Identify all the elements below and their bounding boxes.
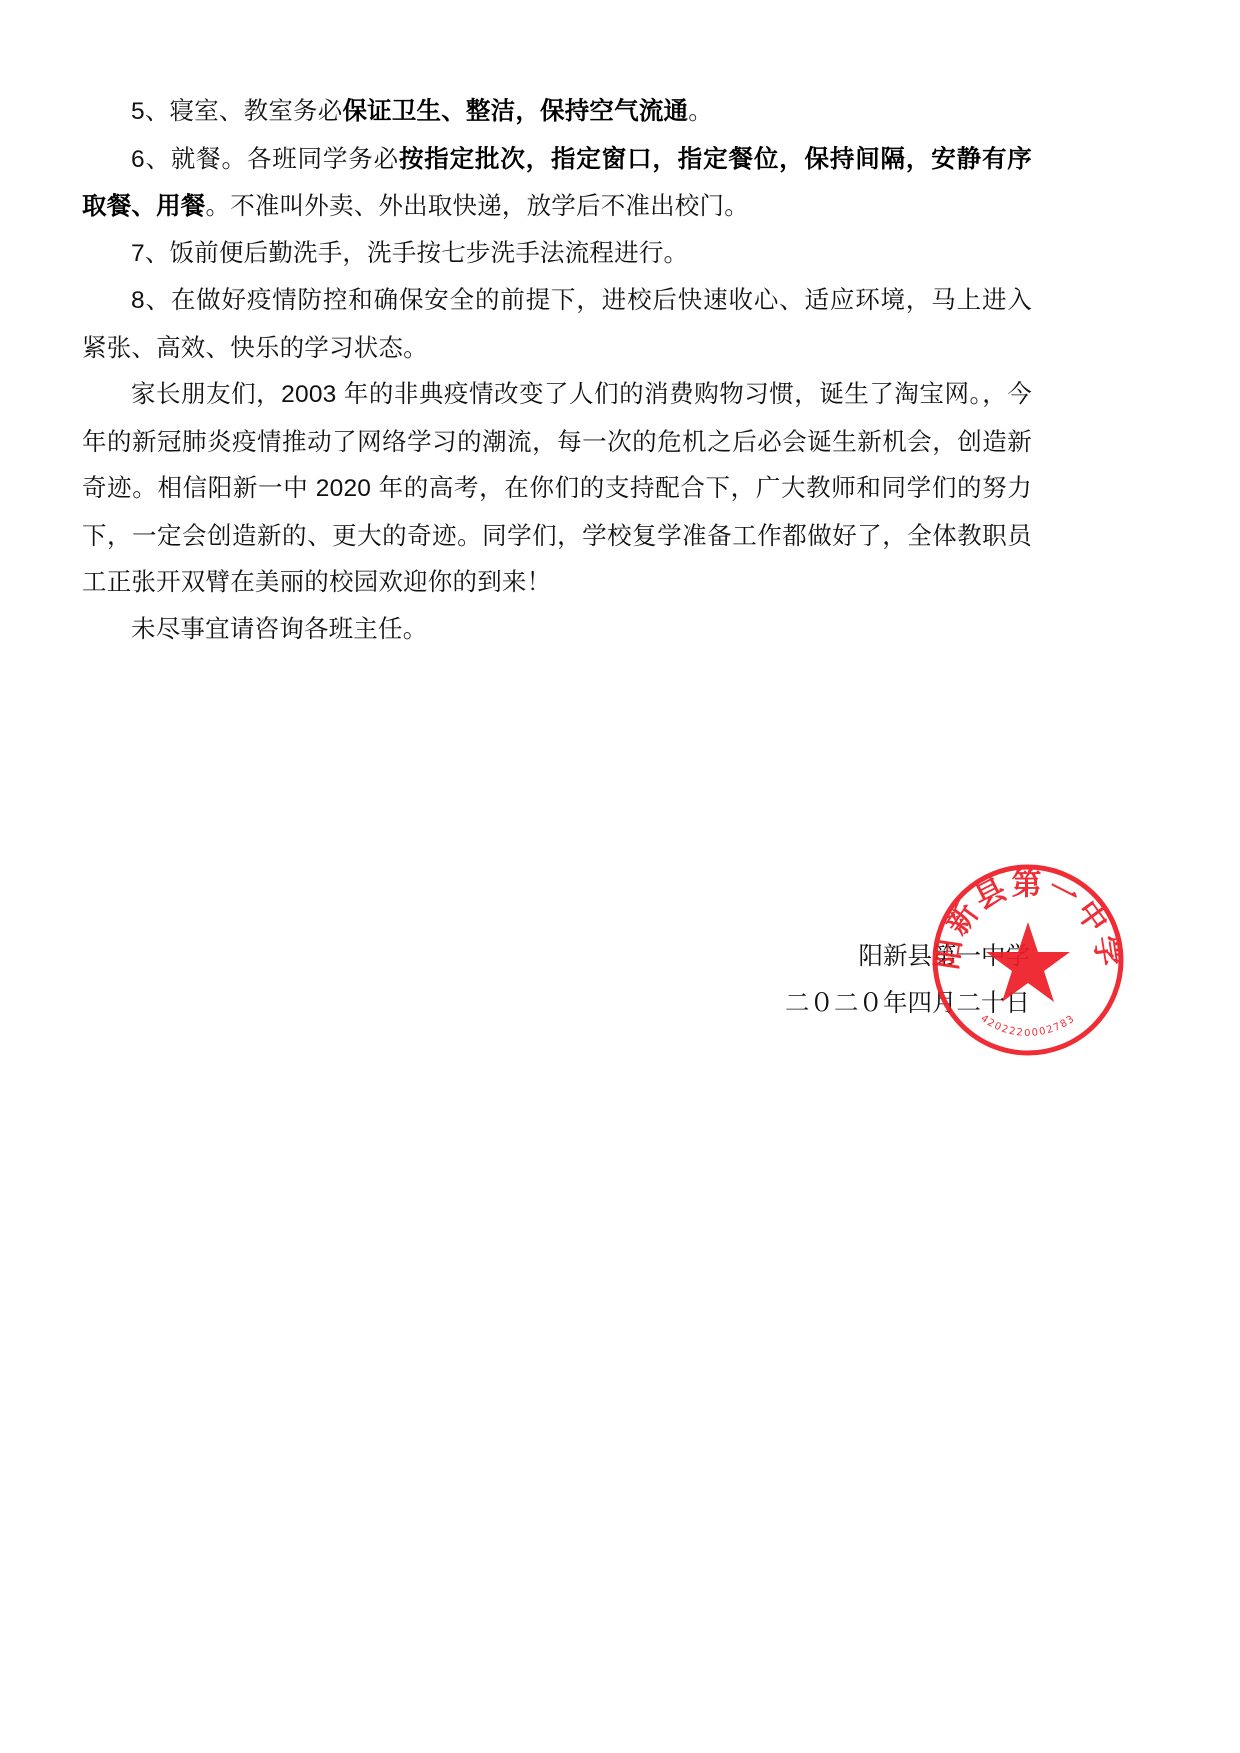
paragraph-inquiry-note: 未尽事宜请咨询各班主任。 bbox=[82, 606, 1032, 653]
item-number: 5 bbox=[131, 98, 145, 125]
item-number: 8 bbox=[131, 287, 145, 314]
paragraph-text: 未尽事宜请咨询各班主任。 bbox=[131, 614, 427, 643]
paragraph-text: 、在做好疫情防控和确保安全的前提下，进校后快速收心、适应环境，马上进入紧张、高效… bbox=[82, 285, 1032, 362]
paragraph-item-7: 7、饭前便后勤洗手，洗手按七步洗手法流程进行。 bbox=[82, 230, 1032, 278]
paragraph-text: 。 bbox=[688, 96, 713, 125]
year-number: 2020 bbox=[308, 475, 378, 502]
paragraph-closing-message: 家长朋友们，2003 年的非典疫情改变了人们的消费购物习惯，诞生了淘宝网。，今年… bbox=[82, 371, 1032, 606]
paragraph-item-8: 8、在做好疫情防控和确保安全的前提下，进校后快速收心、适应环境，马上进入紧张、高… bbox=[82, 277, 1032, 371]
emphasis-text: 保证卫生、整洁，保持空气流通 bbox=[342, 96, 688, 125]
signature-organization: 阳新县第一中学 bbox=[785, 932, 1030, 979]
item-number: 6 bbox=[131, 146, 145, 173]
paragraph-item-5: 5、寝室、教室务必保证卫生、整洁，保持空气流通。 bbox=[82, 88, 1032, 136]
paragraph-item-6: 6、就餐。各班同学务必按指定批次，指定窗口，指定餐位，保持间隔，安静有序取餐、用… bbox=[82, 136, 1032, 230]
paragraph-text: 家长朋友们， bbox=[131, 379, 281, 408]
signature-date: 二０二０年四月二十日 bbox=[785, 979, 1030, 1026]
paragraph-text: 、寝室、教室务必 bbox=[145, 96, 343, 125]
paragraph-text: 。不准叫外卖、外出取快递，放学后不准出校门。 bbox=[206, 191, 749, 220]
paragraph-text: 、就餐。各班同学务必 bbox=[145, 144, 399, 173]
year-number: 2003 bbox=[281, 381, 344, 408]
paragraph-text: 、饭前便后勤洗手，洗手按七步洗手法流程进行。 bbox=[145, 238, 688, 267]
document-body: 5、寝室、教室务必保证卫生、整洁，保持空气流通。 6、就餐。各班同学务必按指定批… bbox=[82, 88, 1032, 652]
signature-block: 阳新县第一中学 二０二０年四月二十日 bbox=[785, 932, 1030, 1026]
item-number: 7 bbox=[131, 240, 145, 267]
